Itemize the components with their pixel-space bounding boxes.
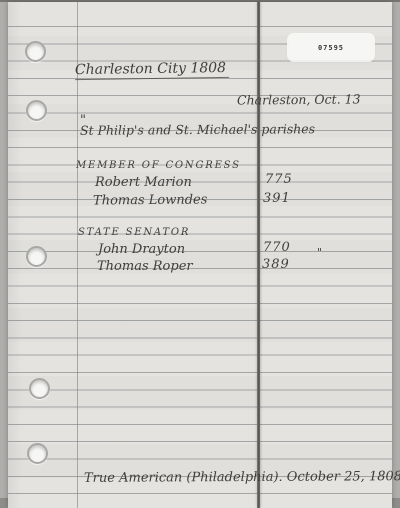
parishes-subtitle: St Philip's and St. Michael's parishes xyxy=(80,122,315,138)
page-title: Charleston City 1808 xyxy=(75,60,229,80)
punch-hole xyxy=(26,246,47,267)
punch-hole xyxy=(27,443,48,464)
punch-hole xyxy=(29,378,50,399)
vote-count-robert-marion: 775 xyxy=(265,173,293,188)
ditto-mark: " xyxy=(317,247,322,260)
section-heading-member-of-congress: MEMBER OF CONGRESS xyxy=(76,160,241,172)
page-fold-crease xyxy=(257,2,260,508)
candidate-name-john-drayton: John Drayton xyxy=(98,243,185,258)
catalog-sticker: 07595 xyxy=(289,35,373,60)
source-citation: True American (Philadelphia). October 25… xyxy=(84,470,400,487)
punch-hole xyxy=(25,41,46,62)
candidate-name-thomas-roper: Thomas Roper xyxy=(97,260,193,275)
candidate-name-robert-marion: Robert Marion xyxy=(95,176,192,191)
catalog-number: 07595 xyxy=(318,44,344,52)
punch-hole xyxy=(26,100,47,121)
notebook-page: 07595 Charleston City 1808 Charleston, O… xyxy=(8,2,392,508)
vote-count-thomas-roper: 389 xyxy=(262,258,290,273)
vote-count-thomas-lowndes: 391 xyxy=(263,192,291,207)
candidate-name-thomas-lowndes: Thomas Lowndes xyxy=(93,194,208,210)
dateline: Charleston, Oct. 13 xyxy=(237,92,361,107)
vote-count-john-drayton: 770 xyxy=(263,241,291,256)
section-heading-state-senator: STATE SENATOR xyxy=(78,227,190,239)
